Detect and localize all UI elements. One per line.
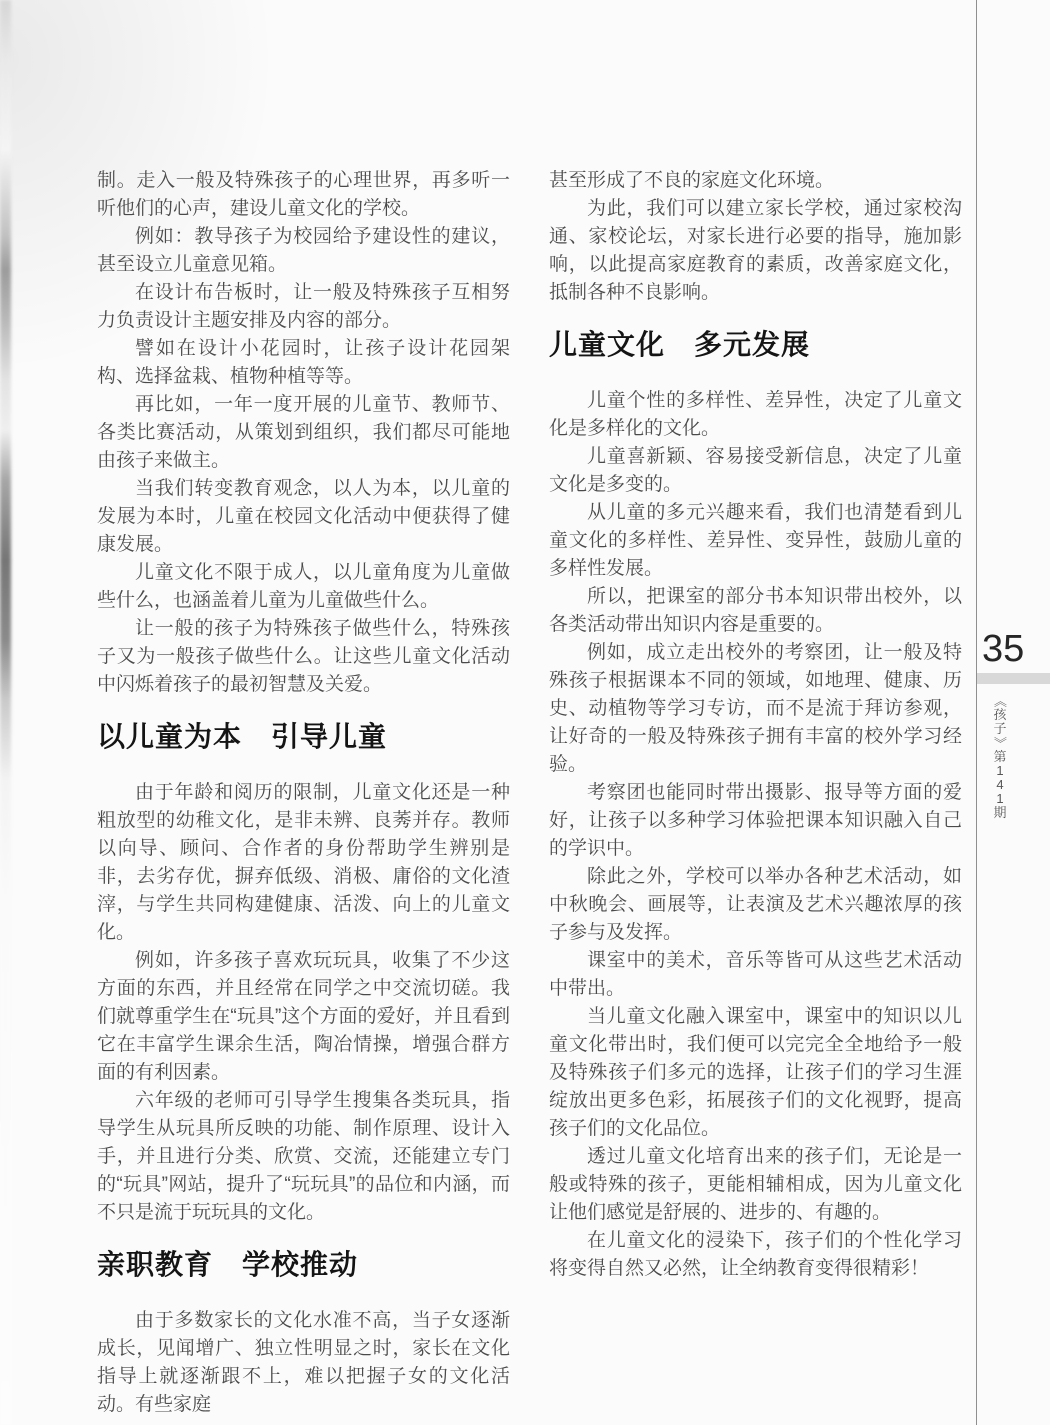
body-paragraph: 透过儿童文化培育出来的孩子们，无论是一般或特殊的孩子，更能相辅相成，因为儿童文化… bbox=[549, 1143, 962, 1227]
body-paragraph: 六年级的老师可引导学生搜集各类玩具，指导学生从玩具所反映的功能、制作原理、设计入… bbox=[97, 1087, 510, 1227]
body-paragraph: 在设计布告板时，让一般及特殊孩子互相努力负责设计主题安排及内容的部分。 bbox=[97, 279, 510, 335]
magazine-page: 制。走入一般及特殊孩子的心理世界，再多听一听他们的心声，建设儿童文化的学校。例如… bbox=[0, 0, 1050, 1425]
journal-char: 子 bbox=[993, 722, 1006, 736]
body-paragraph: 例如：教导孩子为校园给予建设性的建议，甚至设立儿童意见箱。 bbox=[97, 223, 510, 279]
body-paragraph: 例如，许多孩子喜欢玩玩具，收集了不少这方面的东西，并且经常在同学之中交流切磋。我… bbox=[97, 947, 510, 1087]
journal-char: 4 bbox=[996, 778, 1003, 792]
section-heading: 儿童文化 多元发展 bbox=[549, 327, 962, 362]
right-column: 甚至形成了不良的家庭文化环境。为此，我们可以建立家长学校，通过家校沟通、家校论坛… bbox=[549, 167, 962, 1283]
body-paragraph: 儿童个性的多样性、差异性，决定了儿童文化是多样化的文化。 bbox=[549, 387, 962, 443]
body-paragraph: 甚至形成了不良的家庭文化环境。 bbox=[549, 167, 962, 195]
body-paragraph: 课室中的美术，音乐等皆可从这些艺术活动中带出。 bbox=[549, 947, 962, 1003]
body-paragraph: 所以，把课室的部分书本知识带出校外，以各类活动带出知识内容是重要的。 bbox=[549, 583, 962, 639]
body-paragraph: 从儿童的多元兴趣来看，我们也清楚看到儿童文化的多样性、差异性、变异性，鼓励儿童的… bbox=[549, 499, 962, 583]
body-paragraph: 譬如在设计小花园时，让孩子设计花园架构、选择盆栽、植物种植等等。 bbox=[97, 335, 510, 391]
body-paragraph: 例如，成立走出校外的考察团，让一般及特殊孩子根据课本不同的领域，如地理、健康、历… bbox=[549, 639, 962, 779]
body-paragraph: 再比如，一年一度开展的儿童节、教师节、各类比赛活动，从策划到组织，我们都尽可能地… bbox=[97, 391, 510, 475]
journal-char: 期 bbox=[993, 806, 1006, 820]
body-paragraph: 制。走入一般及特殊孩子的心理世界，再多听一听他们的心声，建设儿童文化的学校。 bbox=[97, 167, 510, 223]
body-paragraph: 让一般的孩子为特殊孩子做些什么，特殊孩子又为一般孩子做些什么。让这些儿童文化活动… bbox=[97, 615, 510, 699]
page-number-bar bbox=[977, 673, 1050, 684]
body-paragraph: 除此之外，学校可以举办各种艺术活动，如中秋晚会、画展等，让表演及艺术兴趣浓厚的孩… bbox=[549, 863, 962, 947]
body-paragraph: 由于多数家长的文化水准不高，当子女逐渐成长，见闻增广、独立性明显之时，家长在文化… bbox=[97, 1307, 510, 1419]
body-paragraph: 儿童喜新颖、容易接受新信息，决定了儿童文化是多变的。 bbox=[549, 443, 962, 499]
page-number: 35 bbox=[982, 629, 1024, 669]
body-paragraph: 为此，我们可以建立家长学校，通过家校沟通、家校论坛，对家长进行必要的指导，施加影… bbox=[549, 195, 962, 307]
body-paragraph: 当儿童文化融入课室中，课室中的知识以儿童文化带出时，我们便可以完完全全地给予一般… bbox=[549, 1003, 962, 1143]
section-heading: 亲职教育 学校推动 bbox=[97, 1247, 510, 1282]
left-column: 制。走入一般及特殊孩子的心理世界，再多听一听他们的心声，建设儿童文化的学校。例如… bbox=[97, 167, 510, 1419]
journal-char: 1 bbox=[996, 792, 1003, 806]
body-paragraph: 在儿童文化的浸染下，孩子们的个性化学习将变得自然又必然，让全纳教育变得很精彩！ bbox=[549, 1227, 962, 1283]
journal-issue-label: 《孩子》第141期 bbox=[988, 694, 1012, 820]
journal-char: 》 bbox=[993, 736, 1007, 749]
journal-char: 孩 bbox=[993, 708, 1006, 722]
sidebar-rule bbox=[976, 0, 977, 1425]
journal-char: 1 bbox=[996, 764, 1003, 778]
body-paragraph: 由于年龄和阅历的限制，儿童文化还是一种粗放型的幼稚文化，是非未辨、良莠并存。教师… bbox=[97, 779, 510, 947]
scan-edge-artifact bbox=[0, 0, 11, 1425]
section-heading: 以儿童为本 引导儿童 bbox=[97, 719, 510, 754]
body-paragraph: 儿童文化不限于成人，以儿童角度为儿童做些什么，也涵盖着儿童为儿童做些什么。 bbox=[97, 559, 510, 615]
body-paragraph: 当我们转变教育观念，以人为本，以儿童的发展为本时，儿童在校园文化活动中便获得了健… bbox=[97, 475, 510, 559]
body-paragraph: 考察团也能同时带出摄影、报导等方面的爱好，让孩子以多种学习体验把课本知识融入自己… bbox=[549, 779, 962, 863]
journal-char: 第 bbox=[993, 750, 1006, 764]
journal-char: 《 bbox=[993, 694, 1007, 707]
